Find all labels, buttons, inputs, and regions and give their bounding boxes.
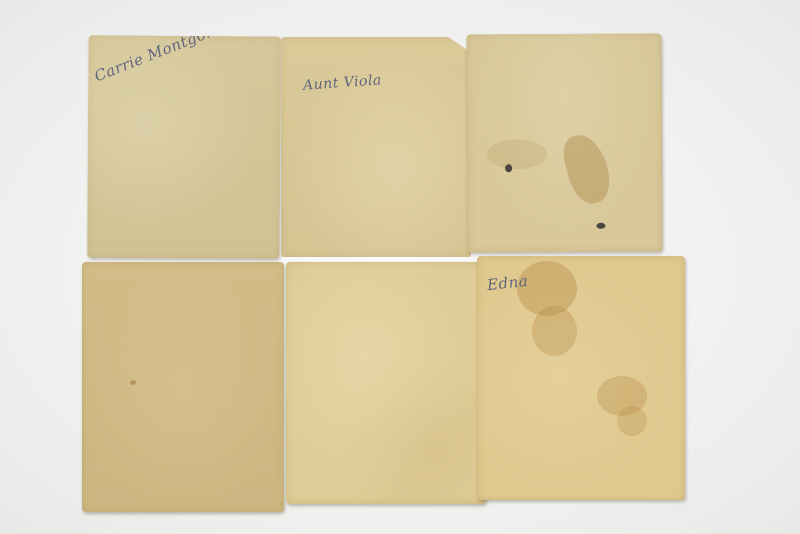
card-bottom-right: Edna (477, 256, 685, 500)
photo-background: Carrie Montgomery Aunt Viola Edna (0, 0, 800, 534)
card-top-left: Carrie Montgomery (87, 35, 281, 258)
foxing-stain (617, 406, 647, 436)
card-bottom-middle (286, 262, 486, 504)
card-top-right (466, 33, 662, 252)
card-bottom-left (82, 262, 284, 512)
card-top-middle: Aunt Viola (281, 37, 471, 257)
dark-spot (596, 223, 605, 229)
dark-spot (505, 164, 512, 172)
small-spot (130, 380, 136, 385)
water-stain (487, 139, 547, 169)
foxing-stain (532, 306, 577, 356)
